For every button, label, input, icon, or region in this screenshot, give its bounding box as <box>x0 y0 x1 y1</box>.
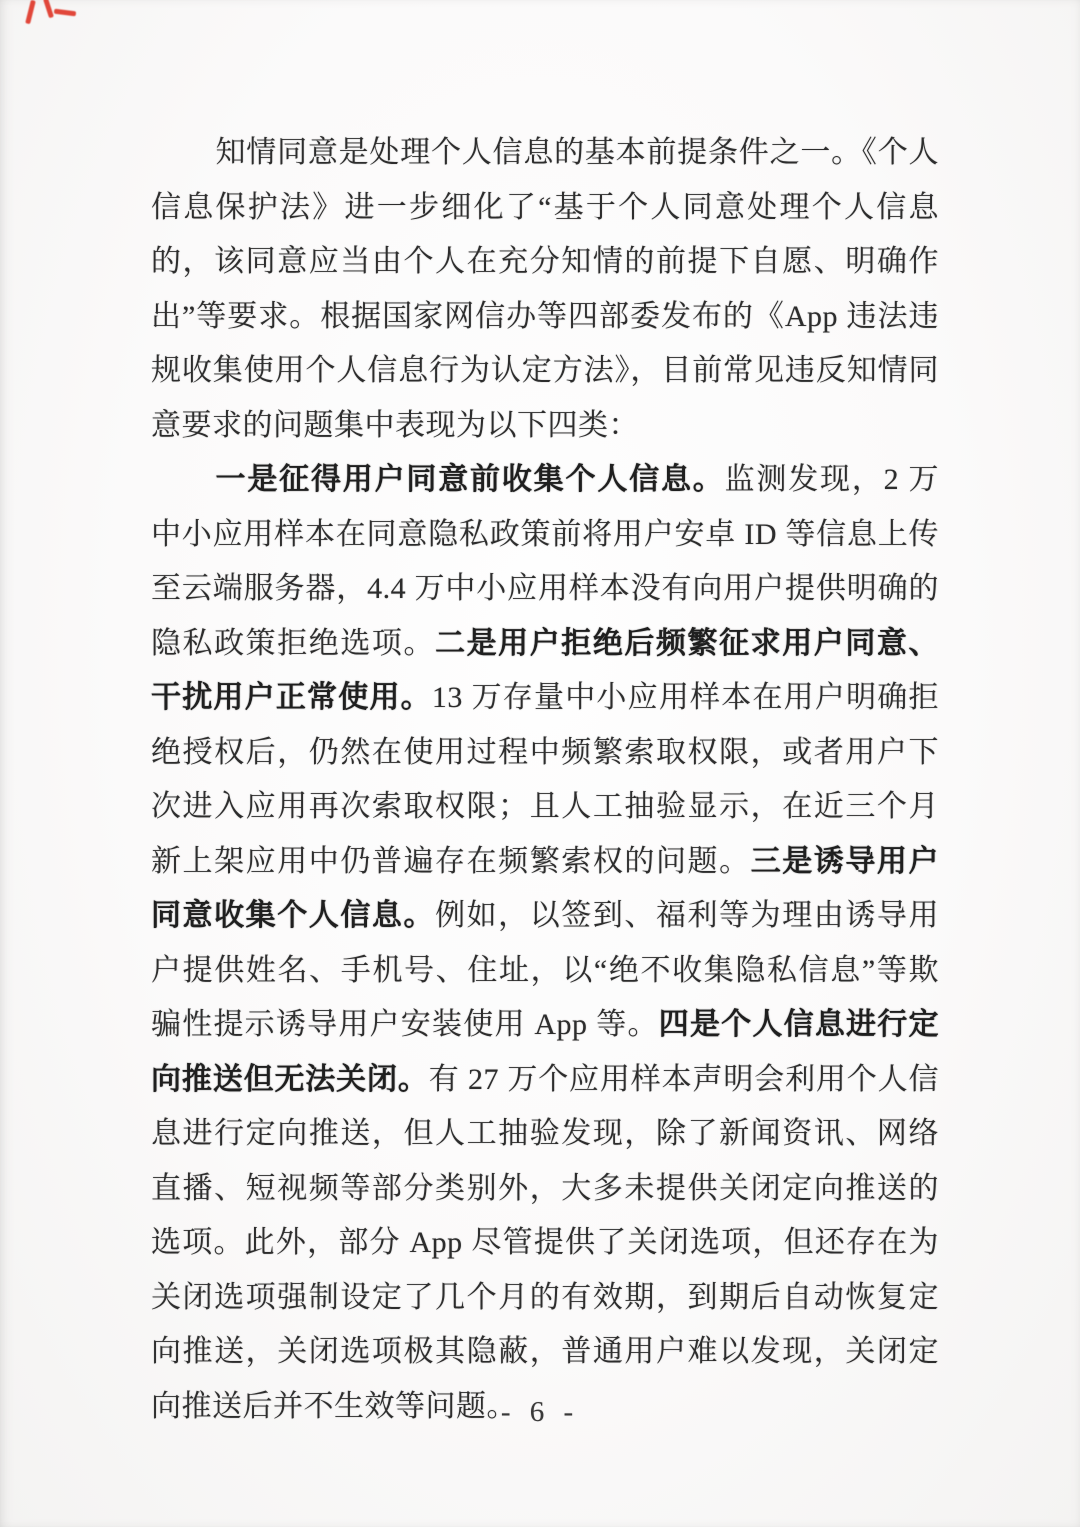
red-stroke <box>25 0 36 24</box>
paragraph: 一是征得用户同意前收集个人信息。监测发现，2 万中小应用样本在同意隐私政策前将用… <box>151 453 939 1434</box>
text-run: 有 27 万个应用样本声明会利用个人信息进行定向推送，但人工抽验发现，除了新闻资… <box>151 1063 939 1423</box>
document-body: 知情同意是处理个人信息的基本前提条件之一。《个人信息保护法》进一步细化了“基于个… <box>151 126 939 1434</box>
page-number: - 6 - <box>0 1396 1080 1429</box>
red-stamp-fragment-icon <box>20 0 84 30</box>
bold-run: 一是征得用户同意前收集个人信息。 <box>216 463 725 496</box>
paragraph: 知情同意是处理个人信息的基本前提条件之一。《个人信息保护法》进一步细化了“基于个… <box>151 126 939 453</box>
text-run: 知情同意是处理个人信息的基本前提条件之一。《个人信息保护法》进一步细化了“基于个… <box>151 136 939 442</box>
document-page: 知情同意是处理个人信息的基本前提条件之一。《个人信息保护法》进一步细化了“基于个… <box>0 0 1080 1527</box>
red-stroke <box>54 9 76 17</box>
red-stroke <box>43 0 54 18</box>
